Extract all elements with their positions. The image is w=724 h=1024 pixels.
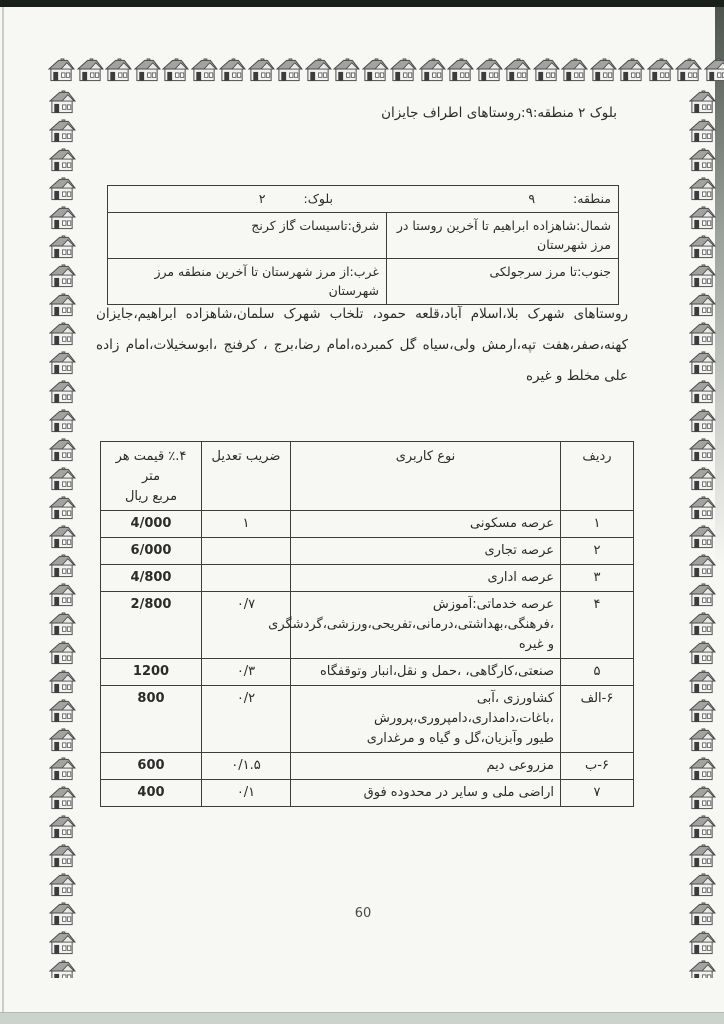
house-icon bbox=[49, 438, 77, 467]
boundary-south: جنوب:تا مرز سرجولکی bbox=[386, 259, 618, 304]
block-value: ۲ bbox=[259, 189, 266, 208]
table-row: ۴ عرصه خدماتی:آموزش ،فرهنگی،بهداشتی،درما… bbox=[101, 592, 634, 659]
house-icon bbox=[704, 58, 724, 85]
house-icon bbox=[49, 525, 77, 554]
house-icon bbox=[49, 351, 77, 380]
house-icon bbox=[49, 119, 77, 148]
house-icon bbox=[49, 612, 77, 641]
house-icon bbox=[49, 699, 77, 728]
col-header-coefficient: ضریب تعدیل bbox=[202, 442, 291, 511]
house-icon bbox=[49, 90, 77, 119]
house-icon bbox=[49, 554, 77, 583]
house-icon bbox=[362, 58, 391, 85]
south-west-row: جنوب:تا مرز سرجولکی غرب:از مرز شهرستان ت… bbox=[108, 258, 618, 304]
house-icon bbox=[134, 58, 163, 85]
house-icon bbox=[689, 757, 717, 786]
house-icon bbox=[476, 58, 505, 85]
house-icon bbox=[162, 58, 191, 85]
usage-cell: مزروعی دیم bbox=[291, 753, 561, 780]
block-cell: بلوک: ۲ bbox=[108, 186, 363, 212]
house-border-top bbox=[48, 58, 724, 85]
house-icon bbox=[689, 177, 717, 206]
coefficient-cell: ۰/۱.۵ bbox=[202, 753, 291, 780]
house-icon bbox=[77, 58, 106, 85]
house-icon bbox=[689, 467, 717, 496]
house-icon bbox=[49, 641, 77, 670]
house-icon bbox=[689, 90, 717, 119]
price-cell: 4/000 bbox=[101, 511, 202, 538]
boundary-east: شرق:تاسیسات گاز کرنج bbox=[108, 213, 386, 258]
house-icon bbox=[689, 844, 717, 873]
house-icon bbox=[689, 554, 717, 583]
house-icon bbox=[276, 58, 305, 85]
scan-edge-left bbox=[2, 7, 4, 1012]
house-icon bbox=[105, 58, 134, 85]
price-cell: 4/800 bbox=[101, 565, 202, 592]
house-icon bbox=[675, 58, 704, 85]
house-icon bbox=[689, 496, 717, 525]
boundary-north: شمال:شاهزاده ابراهیم تا آخرین روستا در م… bbox=[386, 213, 618, 258]
house-icon bbox=[49, 902, 77, 931]
price-table-header-row: ردیف نوع کاربری ضریب تعدیل ۴.٪ قیمت هر م… bbox=[101, 442, 634, 511]
house-icon bbox=[689, 409, 717, 438]
house-icon bbox=[49, 815, 77, 844]
house-icon bbox=[689, 902, 717, 931]
house-icon bbox=[689, 699, 717, 728]
villages-paragraph: روستاهای شهرک بلا،اسلام آباد،قلعه حمود، … bbox=[96, 299, 628, 392]
col-header-usage: نوع کاربری bbox=[291, 442, 561, 511]
house-icon bbox=[689, 380, 717, 409]
usage-cell: عرصه مسکونی bbox=[291, 511, 561, 538]
price-cell: 400 bbox=[101, 780, 202, 807]
house-icon bbox=[49, 670, 77, 699]
col-header-price: ۴.٪ قیمت هر متر مربع ریال bbox=[101, 442, 202, 511]
house-icon bbox=[689, 206, 717, 235]
house-icon bbox=[305, 58, 334, 85]
north-east-row: شمال:شاهزاده ابراهیم تا آخرین روستا در م… bbox=[108, 212, 618, 258]
radif-cell: ۴ bbox=[561, 592, 634, 659]
coefficient-cell: ۱ bbox=[202, 511, 291, 538]
house-icon bbox=[689, 293, 717, 322]
price-cell: 6/000 bbox=[101, 538, 202, 565]
house-icon bbox=[49, 148, 77, 177]
usage-cell: عرصه خدماتی:آموزش ،فرهنگی،بهداشتی،درمانی… bbox=[291, 592, 561, 659]
house-icon bbox=[689, 438, 717, 467]
house-icon bbox=[618, 58, 647, 85]
house-icon bbox=[590, 58, 619, 85]
radif-cell: ۵ bbox=[561, 659, 634, 686]
price-cell: 2/800 bbox=[101, 592, 202, 659]
house-icon bbox=[689, 931, 717, 960]
scan-edge-bottom bbox=[0, 1012, 724, 1024]
block-label: بلوک: bbox=[304, 189, 333, 208]
usage-cell: اراضی ملی و سایر در محدوده فوق bbox=[291, 780, 561, 807]
usage-cell: عرصه اداری bbox=[291, 565, 561, 592]
scan-edge-top bbox=[0, 0, 724, 7]
house-icon bbox=[561, 58, 590, 85]
house-icon bbox=[49, 409, 77, 438]
house-icon bbox=[647, 58, 676, 85]
house-icon bbox=[49, 873, 77, 902]
region-info-table: منطقه: ۹ بلوک: ۲ شمال:شاهزاده ابراهیم تا… bbox=[107, 185, 619, 305]
table-row: ۲ عرصه تجاری 6/000 bbox=[101, 538, 634, 565]
radif-cell: ۶-الف bbox=[561, 686, 634, 753]
house-icon bbox=[219, 58, 248, 85]
usage-cell: صنعتی،کارگاهی، ،حمل و نقل،انبار وتوقفگاه bbox=[291, 659, 561, 686]
house-icon bbox=[689, 235, 717, 264]
house-icon bbox=[49, 380, 77, 409]
radif-cell: ۳ bbox=[561, 565, 634, 592]
house-icon bbox=[49, 757, 77, 786]
radif-cell: ۲ bbox=[561, 538, 634, 565]
table-row: ۶-الف کشاورزی ،آبی ،باغات،دامداری،دامپرو… bbox=[101, 686, 634, 753]
house-icon bbox=[49, 177, 77, 206]
house-icon bbox=[248, 58, 277, 85]
house-icon bbox=[48, 58, 77, 85]
house-icon bbox=[689, 525, 717, 554]
house-icon bbox=[49, 844, 77, 873]
house-icon bbox=[49, 206, 77, 235]
house-icon bbox=[689, 612, 717, 641]
house-icon bbox=[504, 58, 533, 85]
table-row: ۵ صنعتی،کارگاهی، ،حمل و نقل،انبار وتوقفگ… bbox=[101, 659, 634, 686]
table-row: ۶-ب مزروعی دیم ۰/۱.۵ 600 bbox=[101, 753, 634, 780]
table-row: ۱ عرصه مسکونی ۱ 4/000 bbox=[101, 511, 634, 538]
scanned-document-page: بلوک ۲ منطقه:۹:روستاهای اطراف جایزان منط… bbox=[0, 0, 724, 1024]
house-icon bbox=[419, 58, 448, 85]
house-icon bbox=[689, 670, 717, 699]
usage-cell: عرصه تجاری bbox=[291, 538, 561, 565]
radif-cell: ۶-ب bbox=[561, 753, 634, 780]
boundary-west: غرب:از مرز شهرستان تا آخرین منطقه مرز شه… bbox=[108, 259, 386, 304]
house-border-left bbox=[49, 90, 77, 978]
table-row: ۳ عرصه اداری 4/800 bbox=[101, 565, 634, 592]
region-value: ۹ bbox=[528, 189, 535, 208]
page-number: 60 bbox=[338, 906, 388, 921]
house-icon bbox=[689, 119, 717, 148]
coefficient-cell: ۰/۱ bbox=[202, 780, 291, 807]
house-icon bbox=[689, 960, 717, 978]
house-icon bbox=[689, 264, 717, 293]
house-icon bbox=[533, 58, 562, 85]
house-icon bbox=[49, 931, 77, 960]
house-icon bbox=[49, 293, 77, 322]
price-cell: 800 bbox=[101, 686, 202, 753]
house-icon bbox=[49, 583, 77, 612]
price-table: ردیف نوع کاربری ضریب تعدیل ۴.٪ قیمت هر م… bbox=[100, 441, 634, 807]
region-label: منطقه: bbox=[573, 189, 611, 208]
house-icon bbox=[49, 235, 77, 264]
col-header-radif: ردیف bbox=[561, 442, 634, 511]
house-icon bbox=[689, 351, 717, 380]
usage-cell: کشاورزی ،آبی ،باغات،دامداری،دامپروری،پرو… bbox=[291, 686, 561, 753]
house-icon bbox=[689, 728, 717, 757]
house-icon bbox=[49, 728, 77, 757]
house-icon bbox=[191, 58, 220, 85]
house-icon bbox=[447, 58, 476, 85]
house-icon bbox=[689, 873, 717, 902]
coefficient-cell bbox=[202, 538, 291, 565]
table-row: ۷ اراضی ملی و سایر در محدوده فوق ۰/۱ 400 bbox=[101, 780, 634, 807]
house-icon bbox=[49, 264, 77, 293]
house-icon bbox=[333, 58, 362, 85]
house-border-right bbox=[689, 90, 717, 978]
region-cell: منطقه: ۹ bbox=[363, 186, 618, 212]
house-icon bbox=[49, 960, 77, 978]
house-icon bbox=[49, 322, 77, 351]
house-icon bbox=[390, 58, 419, 85]
house-icon bbox=[689, 322, 717, 351]
page-title: بلوک ۲ منطقه:۹:روستاهای اطراف جایزان bbox=[381, 105, 617, 121]
house-icon bbox=[689, 641, 717, 670]
radif-cell: ۷ bbox=[561, 780, 634, 807]
house-icon bbox=[49, 786, 77, 815]
house-icon bbox=[689, 786, 717, 815]
house-icon bbox=[689, 148, 717, 177]
house-icon bbox=[689, 815, 717, 844]
coefficient-cell: ۰/۲ bbox=[202, 686, 291, 753]
price-cell: 1200 bbox=[101, 659, 202, 686]
coefficient-cell: ۰/۳ bbox=[202, 659, 291, 686]
radif-cell: ۱ bbox=[561, 511, 634, 538]
price-cell: 600 bbox=[101, 753, 202, 780]
house-icon bbox=[49, 496, 77, 525]
coefficient-cell bbox=[202, 565, 291, 592]
region-block-row: منطقه: ۹ بلوک: ۲ bbox=[108, 186, 618, 212]
house-icon bbox=[49, 467, 77, 496]
house-icon bbox=[689, 583, 717, 612]
